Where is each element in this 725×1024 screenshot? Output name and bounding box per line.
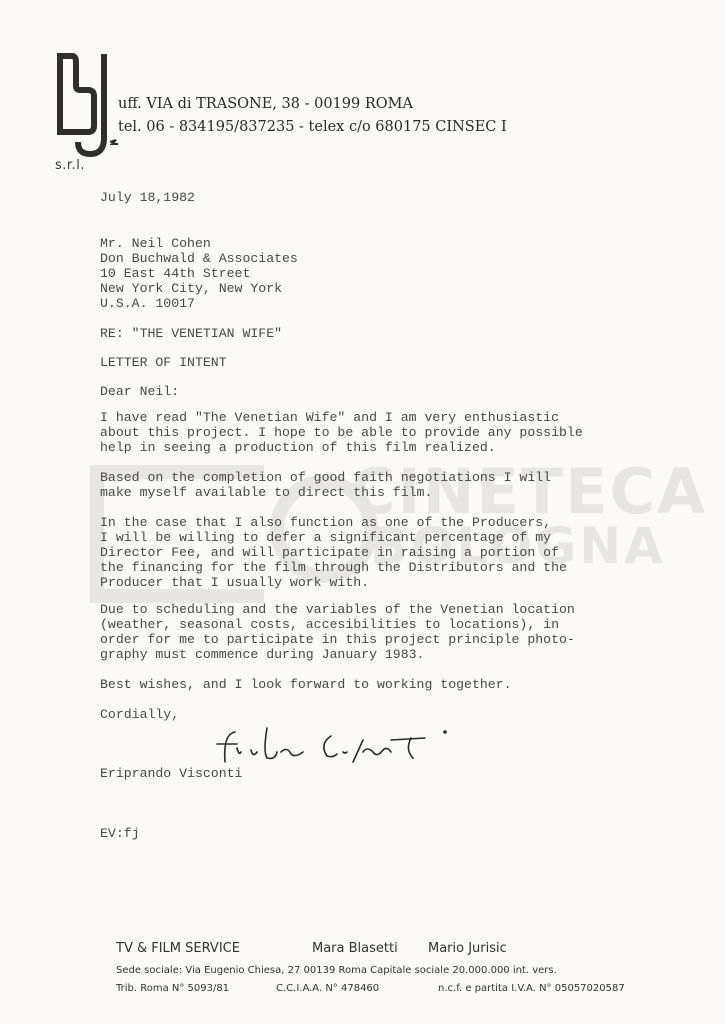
handwritten-signature-icon (215, 722, 495, 767)
footer-service: TV & FILM SERVICE (116, 941, 240, 956)
paragraph-5: Best wishes, and I look forward to worki… (100, 677, 512, 692)
paragraph-2: Based on the completion of good faith ne… (100, 470, 551, 500)
paragraph-4: Due to scheduling and the variables of t… (100, 602, 575, 662)
footer-registered-office: Sede sociale: Via Eugenio Chiesa, 27 001… (116, 965, 557, 983)
letterhead-contact: tel. 06 - 834195/837235 - telex c/o 6801… (118, 116, 507, 139)
paragraph-1: I have read "The Venetian Wife" and I am… (100, 410, 583, 455)
letterhead: uff. VIA di TRASONE, 38 - 00199 ROMA tel… (118, 93, 507, 139)
recipient-line: New York City, New York (100, 281, 282, 296)
letter-subject: LETTER OF INTENT (100, 355, 227, 370)
recipient-line: U.S.A. 10017 (100, 296, 195, 311)
recipient-line: Mr. Neil Cohen (100, 236, 211, 251)
letterhead-footer: TV & FILM SERVICE Mara Blasetti Mario Ju… (116, 941, 557, 1001)
recipient-line: Don Buchwald & Associates (100, 251, 298, 266)
footer-cciaa: C.C.I.A.A. N° 478460 (276, 983, 379, 994)
letterhead-address: uff. VIA di TRASONE, 38 - 00199 ROMA (118, 93, 507, 116)
footer-vat: n.c.f. e partita I.V.A. N° 05057020587 (438, 983, 625, 994)
footer-partner: Mara Blasetti (312, 941, 398, 956)
recipient-line: 10 East 44th Street (100, 266, 250, 281)
salutation: Dear Neil: (100, 384, 179, 399)
closing: Cordially, (100, 707, 179, 722)
typist-initials: EV:fj (100, 826, 140, 841)
signatory-name: Eriprando Visconti (100, 766, 242, 781)
company-suffix: s.r.l. (55, 158, 85, 173)
footer-partner: Mario Jurisic (428, 941, 507, 956)
re-line: RE: "THE VENETIAN WIFE" (100, 326, 282, 341)
paragraph-3: In the case that I also function as one … (100, 515, 567, 590)
footer-trib: Trib. Roma N° 5093/81 (116, 983, 229, 994)
letter-date: July 18,1982 (100, 190, 195, 205)
company-logo-icon (52, 50, 122, 160)
letter-page: s.r.l. uff. VIA di TRASONE, 38 - 00199 R… (0, 0, 725, 1024)
